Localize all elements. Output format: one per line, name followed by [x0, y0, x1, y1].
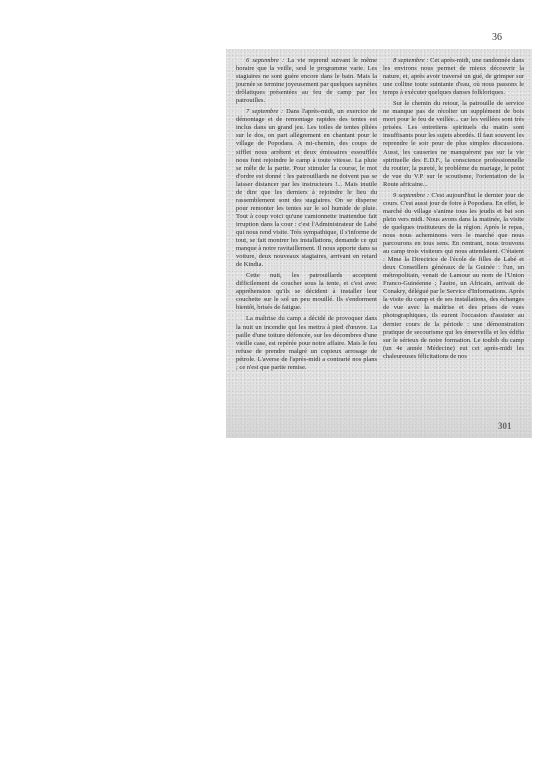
- paragraph: 6 septembre : La vie reprend suivant le …: [236, 57, 377, 105]
- entry-date: 8 septembre :: [393, 57, 428, 64]
- entry-date: 7 septembre :: [246, 108, 283, 115]
- paragraph-text: La maîtrise du camp a décidé de provoque…: [236, 315, 377, 370]
- page-number: 36: [492, 32, 502, 43]
- paragraph: La maîtrise du camp a décidé de provoque…: [236, 315, 377, 371]
- paragraph-text: Dans l'après-midi, un exercice de démont…: [236, 108, 377, 268]
- entry-date: 9 septembre :: [393, 192, 429, 199]
- paragraph: 9 septembre : C'est aujourd'hui le derni…: [383, 192, 524, 361]
- entry-date: 6 septembre :: [246, 57, 284, 64]
- folio-number: 301: [498, 421, 512, 431]
- left-column: 6 septembre : La vie reprend suivant le …: [236, 57, 377, 375]
- paragraph-text: Cette nuit, les patrouillards acceptent …: [236, 272, 377, 311]
- right-column: 8 septembre : Cet après-midi, une randon…: [383, 57, 524, 364]
- paragraph-text: Sur le chemin du retour, la patrouille d…: [383, 100, 524, 187]
- paragraph-text: C'est aujourd'hui le dernier jour de cou…: [383, 192, 524, 360]
- paragraph: Cette nuit, les patrouillards acceptent …: [236, 272, 377, 312]
- paragraph: 8 septembre : Cet après-midi, une randon…: [383, 57, 524, 97]
- paragraph: Sur le chemin du retour, la patrouille d…: [383, 100, 524, 189]
- paragraph-text: La vie reprend suivant le même horaire q…: [236, 57, 377, 104]
- scanned-page: 6 septembre : La vie reprend suivant le …: [226, 49, 532, 438]
- paragraph: 7 septembre : Dans l'après-midi, un exer…: [236, 108, 377, 269]
